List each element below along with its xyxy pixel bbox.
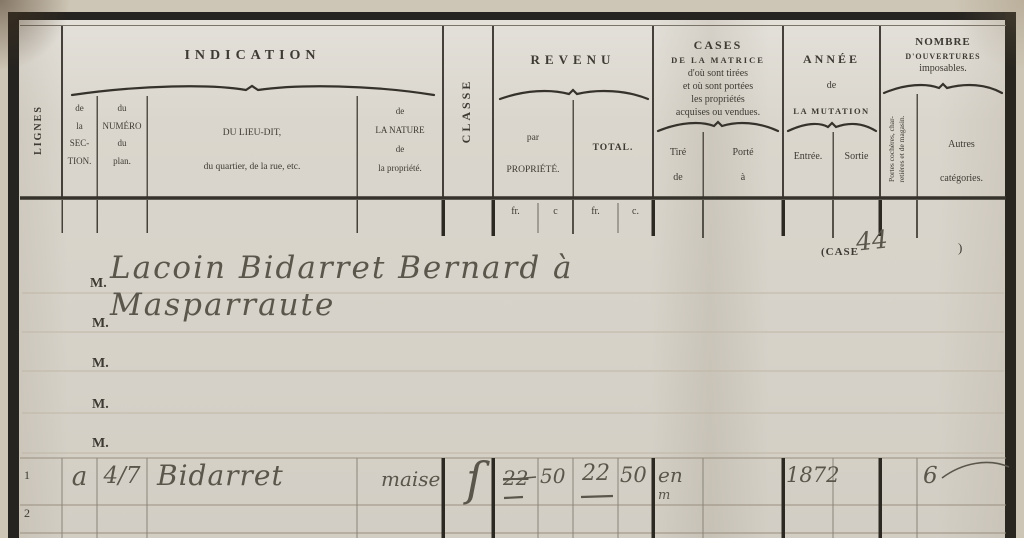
entry-tire-de-note: m	[658, 488, 670, 504]
column-lignes-label: LIGNES	[33, 90, 49, 170]
column-tire-de-label: Tiré de	[653, 140, 703, 190]
group-nombre-title-3: imposables.	[880, 63, 1006, 75]
unit-par-c: c	[538, 206, 573, 218]
blank-owner-prefix: M.	[92, 316, 109, 333]
entry-revenu-par-c: 50	[540, 464, 565, 488]
case-ref-number: 44	[855, 224, 890, 257]
register-page: LIGNES INDICATION de la SEC- TION. du NU…	[0, 0, 1024, 538]
group-annee-title-1: ANNÉE	[783, 52, 880, 66]
group-annee-title-3: LA MUTATION	[783, 106, 880, 116]
blank-owner-prefix: M.	[92, 436, 109, 453]
entry-classe-mark: ſ	[466, 452, 483, 507]
column-section-label: de la SEC- TION.	[62, 100, 97, 170]
entry-line-number: 2	[24, 506, 30, 520]
column-sortie-label: Sortie	[833, 151, 880, 163]
group-indication-title: INDICATION	[62, 48, 443, 65]
entry-revenu-total-fr: 22	[582, 461, 610, 487]
column-entree-label: Entrée.	[783, 151, 833, 163]
frame-right-bar	[1005, 12, 1016, 538]
entry-section: a	[62, 462, 97, 493]
frame-top-bar	[8, 12, 1016, 20]
group-cases-title-2: DE LA MATRICE	[653, 55, 783, 65]
blank-owner-prefix: M.	[92, 356, 109, 373]
group-nombre-title-1: NOMBRE	[880, 36, 1006, 49]
blank-owner-prefix: M.	[92, 397, 109, 414]
column-plan-label: du NUMÉRO du plan.	[97, 100, 147, 170]
entry-annee-entree: 1872	[786, 463, 839, 488]
column-porte-a-label: Porté à	[703, 140, 783, 190]
entry-revenu-par-fr: 22	[503, 466, 528, 490]
entry-tire-de: en	[658, 463, 683, 487]
group-revenu-title: REVENU	[493, 52, 653, 68]
group-cases-title-1: CASES	[653, 38, 783, 52]
column-autres-categories-label: Autres catégories.	[917, 128, 1006, 196]
case-ref-close: )	[958, 240, 962, 256]
owner-name-handwriting: Lacoin Bidarret Bernard à Masparraute	[110, 250, 750, 324]
unit-par-fr: fr.	[493, 206, 538, 218]
frame-left-bar	[8, 12, 19, 538]
owner-line-prefix: M.	[90, 276, 107, 293]
entry-plan-number: 4/7	[97, 463, 147, 491]
group-cases-title-3: d'où sont tirées et où sont portées les …	[651, 67, 785, 119]
entry-nature: maise	[381, 467, 440, 491]
group-annee-title-2: de	[783, 80, 880, 92]
group-nombre-title-2: D'OUVERTURES	[880, 52, 1006, 62]
entry-lieu-dit: Bidarret	[157, 459, 284, 493]
entry-autres-ouvertures: 6	[923, 463, 938, 491]
column-nature-label: de LA NATURE de la propriété.	[357, 102, 443, 178]
column-lieu-dit-label: DU LIEU-DIT, du quartier, de la rue, etc…	[147, 116, 357, 184]
entry-revenu-total-c: 50	[620, 463, 647, 488]
entry-line-number: 1	[24, 468, 30, 482]
unit-total-c: c.	[618, 206, 653, 218]
case-ref-label: (CASE	[821, 246, 859, 259]
unit-total-fr: fr.	[573, 206, 618, 218]
column-portes-cocheres-label: Portes cochères, char- retières et de ma…	[887, 94, 909, 204]
column-classe-label: CLASSE	[459, 51, 477, 171]
column-par-propriete-label: par PROPRIÉTÉ.	[493, 122, 573, 187]
column-total-label: TOTAL.	[573, 143, 653, 154]
